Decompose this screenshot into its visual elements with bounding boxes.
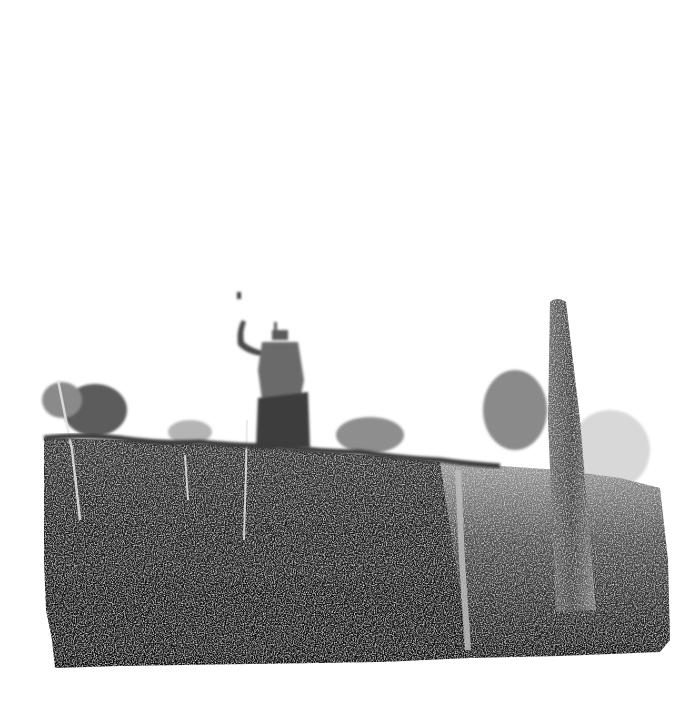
hedge: [44, 438, 470, 668]
photo-canvas: [0, 0, 700, 703]
photograph: [0, 0, 700, 703]
